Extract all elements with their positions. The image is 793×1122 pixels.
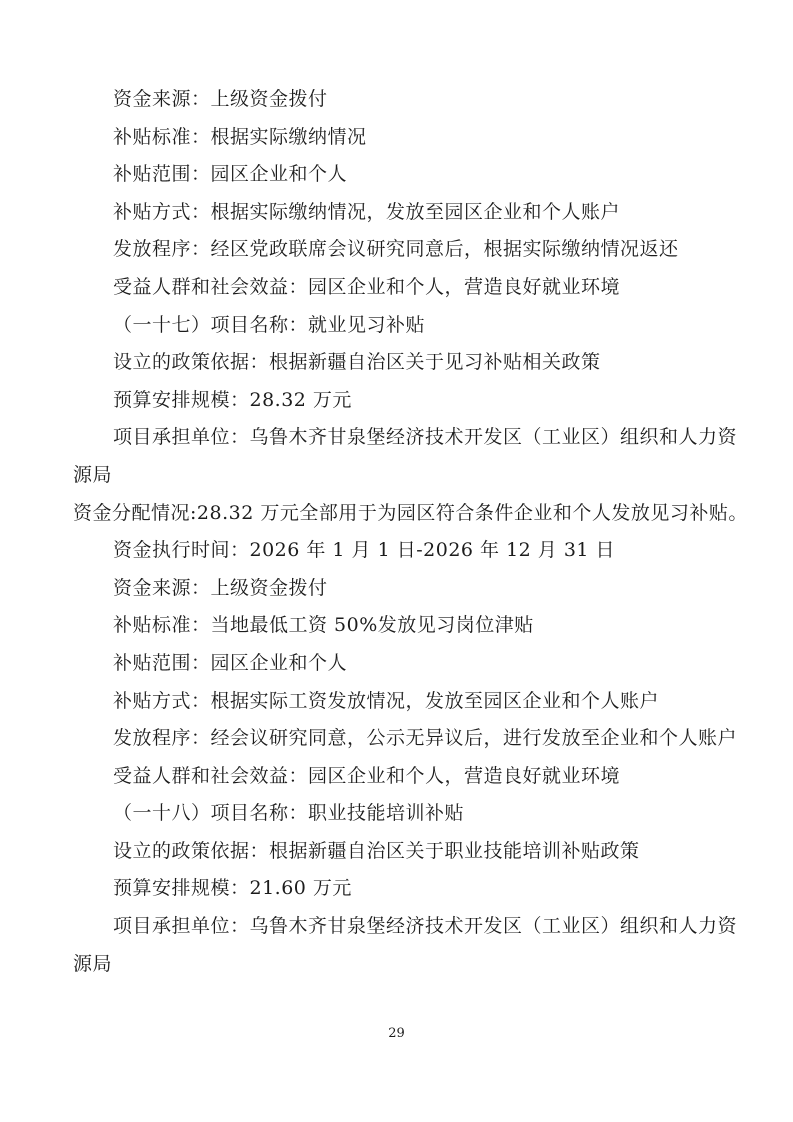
text-line: 补贴范围：园区企业和个人 — [73, 645, 723, 683]
text-line: 预算安排规模：28.32 万元 — [73, 382, 723, 420]
text-line: 项目承担单位：乌鲁木齐甘泉堡经济技术开发区（工业区）组织和人力资 — [73, 908, 723, 946]
text-line: （一十八）项目名称：职业技能培训补贴 — [73, 795, 723, 833]
text-line: 设立的政策依据：根据新疆自治区关于见习补贴相关政策 — [73, 344, 723, 382]
text-line: 源局 — [73, 946, 723, 984]
text-line: 项目承担单位：乌鲁木齐甘泉堡经济技术开发区（工业区）组织和人力资 — [73, 419, 723, 457]
text-line: 受益人群和社会效益：园区企业和个人，营造良好就业环境 — [73, 269, 723, 307]
text-line: 发放程序：经区党政联席会议研究同意后，根据实际缴纳情况返还 — [73, 231, 723, 269]
text-line: 源局 — [73, 457, 723, 495]
text-line: 资金分配情况:28.32 万元全部用于为园区符合条件企业和个人发放见习补贴。 — [73, 495, 723, 533]
document-body: 资金来源：上级资金拨付补贴标准：根据实际缴纳情况补贴范围：园区企业和个人补贴方式… — [73, 81, 723, 983]
text-line: 资金来源：上级资金拨付 — [73, 81, 723, 119]
text-line: 资金执行时间：2026 年 1 月 1 日-2026 年 12 月 31 日 — [73, 532, 723, 570]
text-line: 受益人群和社会效益：园区企业和个人，营造良好就业环境 — [73, 758, 723, 796]
text-line: （一十七）项目名称：就业见习补贴 — [73, 307, 723, 345]
text-line: 预算安排规模：21.60 万元 — [73, 870, 723, 908]
text-line: 资金来源：上级资金拨付 — [73, 570, 723, 608]
page-number: 29 — [0, 1026, 793, 1041]
text-line: 设立的政策依据：根据新疆自治区关于职业技能培训补贴政策 — [73, 833, 723, 871]
text-line: 补贴范围：园区企业和个人 — [73, 156, 723, 194]
text-line: 补贴方式：根据实际缴纳情况，发放至园区企业和个人账户 — [73, 194, 723, 232]
text-line: 补贴方式：根据实际工资发放情况，发放至园区企业和个人账户 — [73, 683, 723, 721]
text-line: 补贴标准：当地最低工资 50%发放见习岗位津贴 — [73, 607, 723, 645]
text-line: 发放程序：经会议研究同意，公示无异议后，进行发放至企业和个人账户 — [73, 720, 723, 758]
text-line: 补贴标准：根据实际缴纳情况 — [73, 119, 723, 157]
document-page: 资金来源：上级资金拨付补贴标准：根据实际缴纳情况补贴范围：园区企业和个人补贴方式… — [0, 0, 793, 1122]
